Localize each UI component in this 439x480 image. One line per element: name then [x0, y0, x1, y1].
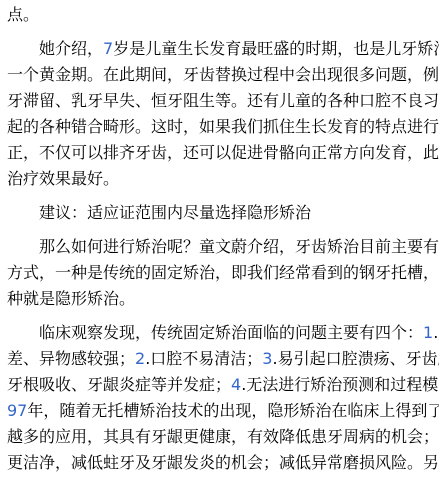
- text-line: 建议：适应证范围内尽量选择隐形矫治: [7, 200, 433, 226]
- text-line: 一个黄金期。在此期间，牙齿替换过程中会出现很多问题，例如乳: [7, 62, 433, 88]
- text-line: 牙根吸收、牙龈炎症等并发症；4.无法进行矫治预测和过程模拟。19: [7, 372, 433, 398]
- text-line: 那么如何进行矫治呢？童文蔚介绍，牙齿矫治目前主要有两种: [7, 234, 433, 260]
- text-line: 临床观察发现，传统固定矫治面临的问题主要有四个：1.美观度: [7, 320, 433, 346]
- text-segment: 临床观察发现，传统固定矫治面临的问题主要有四个：: [39, 323, 423, 342]
- text-line: 更洁净，减低蛀牙及牙龈发炎的机会；减低异常磨损风险。另外，: [7, 450, 433, 476]
- text-line: 种就是隐形矫治。: [7, 286, 433, 312]
- text-segment: 越多的应用，其具有牙龈更健康，有效降低患牙周病的机会；口腔: [7, 427, 439, 446]
- text-segment: 更洁净，减低蛀牙及牙龈发炎的机会；减低异常磨损风险。另外，: [7, 453, 439, 472]
- text-line: 正，不仅可以排齐牙齿，还可以促进骨骼向正常方向发育，此时的: [7, 140, 433, 166]
- text-line: 越多的应用，其具有牙龈更健康，有效降低患牙周病的机会；口腔: [7, 424, 433, 450]
- highlighted-number: 2: [135, 349, 145, 368]
- highlighted-number: 4: [231, 375, 241, 394]
- text-line: 她介绍，7岁是儿童生长发育最旺盛的时期，也是儿牙矫治的第: [7, 36, 433, 62]
- text-segment: 治疗效果最好。: [7, 169, 119, 188]
- text-segment: 差、异物感较强；: [7, 349, 135, 368]
- paragraph: 她介绍，7岁是儿童生长发育最旺盛的时期，也是儿牙矫治的第一个黄金期。在此期间，牙…: [7, 36, 433, 192]
- highlighted-number: 97: [7, 401, 27, 420]
- text-line: 97年，随着无托槽矫治技术的出现，隐形矫治在临床上得到了越来: [7, 398, 433, 424]
- text-segment: 建议：适应证范围内尽量选择隐形矫治: [39, 203, 311, 222]
- text-segment: 方式，一种是传统的固定矫治，即我们经常看到的钢牙托槽，另一: [7, 263, 439, 282]
- paragraph: 临床观察发现，传统固定矫治面临的问题主要有四个：1.美观度差、异物感较强；2.口…: [7, 320, 433, 476]
- highlighted-number: 7: [103, 39, 113, 58]
- text-segment: 正，不仅可以排齐牙齿，还可以促进骨骼向正常方向发育，此时的: [7, 143, 439, 162]
- text-segment: 牙根吸收、牙龈炎症等并发症；: [7, 375, 231, 394]
- text-segment: 种就是隐形矫治。: [7, 289, 135, 308]
- paragraph: 建议：适应证范围内尽量选择隐形矫治: [7, 200, 433, 226]
- text-segment: .无法进行矫治预测和过程模拟。: [241, 375, 439, 394]
- text-line: 治疗效果最好。: [7, 166, 433, 192]
- text-segment: 那么如何进行矫治呢？童文蔚介绍，牙齿矫治目前主要有两种: [39, 237, 439, 256]
- text-segment: 岁是儿童生长发育最旺盛的时期，也是儿牙矫治的第: [113, 39, 439, 58]
- highlighted-number: 3: [262, 349, 272, 368]
- text-line: 点。: [7, 2, 433, 28]
- text-line: 方式，一种是传统的固定矫治，即我们经常看到的钢牙托槽，另一: [7, 260, 433, 286]
- text-line: 差、异物感较强；2.口腔不易清洁；3.易引起口腔溃疡、牙齿脱矿、: [7, 346, 433, 372]
- text-segment: 年，随着无托槽矫治技术的出现，隐形矫治在临床上得到了越来: [27, 401, 439, 420]
- text-segment: 她介绍，: [39, 39, 103, 58]
- paragraph: 那么如何进行矫治呢？童文蔚介绍，牙齿矫治目前主要有两种方式，一种是传统的固定矫治…: [7, 234, 433, 312]
- text-segment: .美观度: [433, 323, 439, 342]
- text-line: 起的各种错合畸形。这时，如果我们抓住生长发育的特点进行矫: [7, 114, 433, 140]
- text-segment: 一个黄金期。在此期间，牙齿替换过程中会出现很多问题，例如乳: [7, 65, 439, 84]
- text-line: 牙滞留、乳牙早失、恒牙阻生等。还有儿童的各种口腔不良习惯引: [7, 88, 433, 114]
- text-segment: 牙滞留、乳牙早失、恒牙阻生等。还有儿童的各种口腔不良习惯引: [7, 91, 439, 110]
- paragraph: 点。: [7, 2, 433, 28]
- highlighted-number: 1: [423, 323, 433, 342]
- article-body: 点。她介绍，7岁是儿童生长发育最旺盛的时期，也是儿牙矫治的第一个黄金期。在此期间…: [0, 0, 439, 476]
- text-segment: .口腔不易清洁；: [145, 349, 262, 368]
- text-segment: 点。: [7, 5, 39, 24]
- text-segment: 起的各种错合畸形。这时，如果我们抓住生长发育的特点进行矫: [7, 117, 439, 136]
- text-segment: .易引起口腔溃疡、牙齿脱矿、: [272, 349, 439, 368]
